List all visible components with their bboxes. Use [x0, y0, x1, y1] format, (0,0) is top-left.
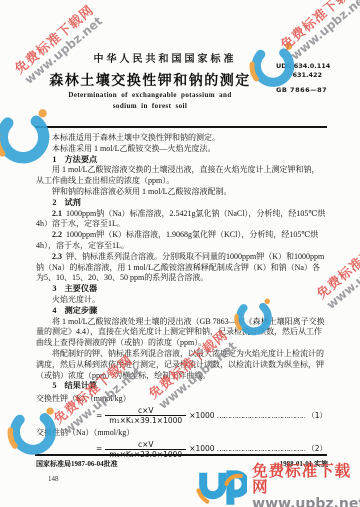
potassium-formula: = c×V m₁×K₁×39.1×1000 ×1000 …………………………………	[96, 406, 327, 426]
fraction: c×V m₁×K₁×23.0×1000	[105, 440, 186, 460]
section-1-heading: 1方法要点	[36, 155, 327, 166]
potassium-result-label: 交换性钾（K）（mmol/kg）	[36, 394, 327, 405]
approval-text: 国家标准局1987-06-04批准	[36, 459, 118, 469]
equals-sign: =	[96, 411, 102, 422]
watermark-brand-bottom: 免费标准下载网 www.upbz.net	[196, 464, 360, 507]
udc-line1: UDC 634.0.114	[276, 62, 342, 71]
sodium-formula: = c×V m₁×K₁×23.0×1000 ×1000 …………………………………	[96, 440, 327, 460]
dot-leader: ……………………………………	[217, 411, 306, 422]
section-2-3-paragraph: 2.3钾、钠标准系列混合溶液。分别吸取不同量的1000ppm钾（K）和1000p…	[36, 252, 327, 284]
title-en-line1: Determination of exchangeable potassium …	[68, 91, 231, 99]
page-title: 森林土壤交换性钾和钠的测定	[0, 70, 300, 90]
footer: 国家标准局1987-06-04批准 1988-01-01 实施	[36, 459, 328, 469]
document-body: 本标准适用于森林土壤中交换性钾和钠的测定。 本标准采用 1 mol/L乙酸铵交换…	[36, 133, 327, 460]
up-logo-icon	[196, 468, 247, 507]
section-3-heading: 3主要仪器	[36, 284, 327, 295]
standard-number: GB 7866—87	[276, 86, 342, 95]
document-page: 免费标准下载网 www.upbz.net 免费标准下载网 www.upbz.ne…	[0, 0, 360, 507]
section-2-1-paragraph: 2.11000ppm钠（Na）标准溶液，2.5421g氯化钠（NaCl），分析纯…	[36, 209, 327, 231]
section-2-heading: 2试剂	[36, 198, 327, 209]
formula-number: （1）	[307, 411, 327, 422]
title-en-line2: sodium in forest soil	[113, 102, 187, 110]
implementation-date: 1988-01-01 实施	[280, 459, 328, 469]
section-1-paragraph: 钾和钠的标准溶液必须用 1 mol/L乙酸铵溶液配制。	[36, 187, 327, 198]
section-5-heading: 5结果计算	[36, 381, 327, 392]
section-4-paragraph: 将配制好的钾、钠标准系列混合溶液，以最大浓度定为火焰光度计上检流计的满度，然后从…	[36, 349, 327, 381]
fraction: c×V m₁×K₁×39.1×1000	[105, 406, 186, 426]
watermark-url-text: www.upbz.net	[252, 496, 360, 507]
section-4-heading: 4测定步骤	[36, 306, 327, 317]
section-3-paragraph: 火焰光度计。	[36, 295, 327, 306]
udc-line2: ·631.422	[276, 71, 342, 80]
header-rule	[35, 126, 327, 128]
method-paragraph: 本标准采用 1 mol/L乙酸铵交换—火焰光度法。	[36, 144, 327, 155]
section-2-2-paragraph: 2.21000ppm钾（K）标准溶液，1.9068g氯化钾（KCl），分析纯，经…	[36, 230, 327, 252]
footer-rule	[35, 454, 327, 456]
scope-paragraph: 本标准适用于森林土壤中交换性钾和钠的测定。	[36, 133, 327, 144]
udc-block: UDC 634.0.114 ·631.422 GB 7866—87	[276, 62, 342, 95]
page-title-english: Determination of exchangeable potassium …	[0, 90, 300, 112]
sodium-result-label: 交换性钠（Na）（mmol/kg）	[36, 428, 327, 439]
section-4-paragraph: 将 1 mol/L乙酸铵溶液处理土壤的浸出液（GB 7863—87《森林土壤阳离…	[36, 317, 327, 349]
section-1-paragraph: 用 1 mol/L乙酸铵溶液交换的土壤浸出液，直接在火焰光度计上测定钾和钠，从工…	[36, 165, 327, 187]
page-number: 148	[48, 475, 59, 483]
